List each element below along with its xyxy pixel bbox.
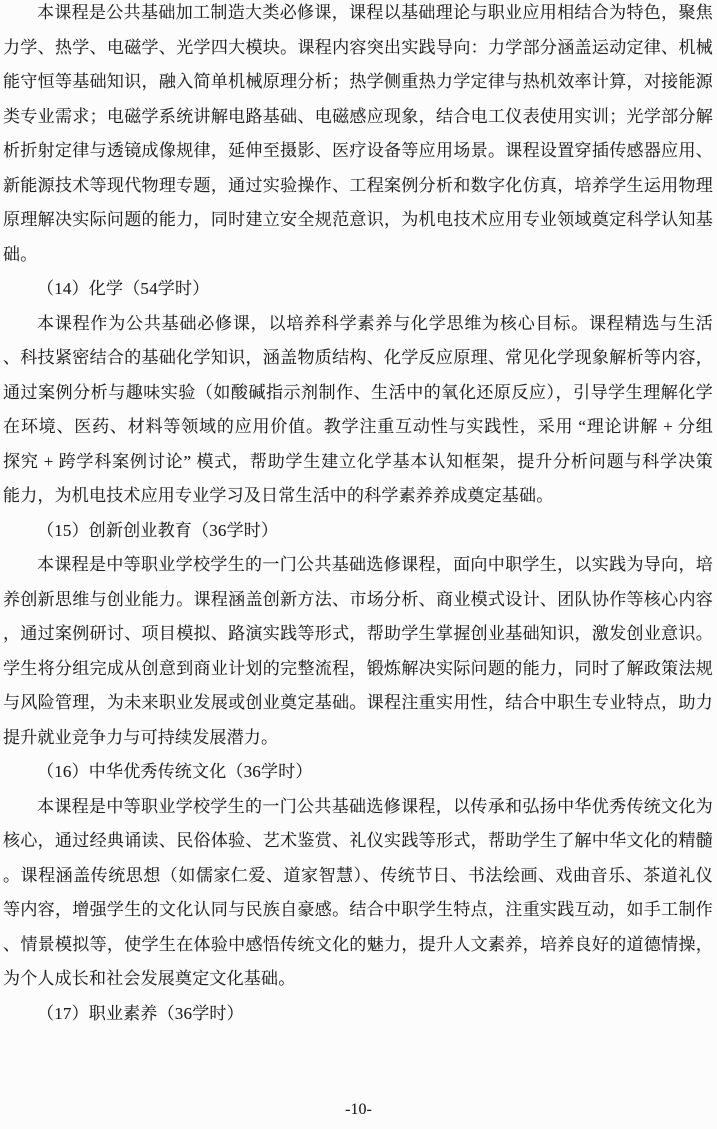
text-line: 础。 [3, 238, 713, 273]
page-text: 本课程是公共基础加工制造大类必修课，课程以基础理论与职业应用相结合为特色，聚焦力… [3, 0, 713, 1031]
text-line: 类专业需求；电磁学系统讲解电路基础、电磁感应现象，结合电工仪表使用实训；光学部分… [3, 100, 713, 135]
text-line: （16）中华优秀传统文化（36学时） [3, 755, 713, 790]
text-line: ，通过案例研讨、项目模拟、路演实践等形式，帮助学生掌握创业基础知识，激发创业意识… [3, 617, 713, 652]
document-page: 本课程是公共基础加工制造大类必修课，课程以基础理论与职业应用相结合为特色，聚焦力… [0, 0, 717, 1129]
text-line: （17）职业素养（36学时） [3, 997, 713, 1032]
text-line: 析折射定律与透镜成像规律，延伸至摄影、医疗设备等应用场景。课程设置穿插传感器应用… [3, 134, 713, 169]
text-line: （14）化学（54学时） [3, 272, 713, 307]
text-line: 能力，为机电技术应用专业学习及日常生活中的科学素养养成奠定基础。 [3, 479, 713, 514]
text-line: 本课程是中等职业学校学生的一门公共基础选修课程，以传承和弘扬中华优秀传统文化为 [3, 790, 713, 825]
text-line: 核心，通过经典诵读、民俗体验、艺术鉴赏、礼仪实践等形式，帮助学生了解中华文化的精… [3, 824, 713, 859]
page-number: -10- [0, 1100, 717, 1120]
text-line: 通过案例分析与趣味实验（如酸碱指示剂制作、生活中的氧化还原反应），引导学生理解化… [3, 376, 713, 411]
text-line: 在环境、医药、材料等领域的应用价值。教学注重互动性与实践性，采用 “理论讲解 +… [3, 410, 713, 445]
text-line: 本课程作为公共基础必修课，以培养科学素养与化学思维为核心目标。课程精选与生活 [3, 307, 713, 342]
text-line: 力学、热学、电磁学、光学四大模块。课程内容突出实践导向：力学部分涵盖运动定律、机… [3, 31, 713, 66]
text-line: 与风险管理，为未来职业发展或创业奠定基础。课程注重实用性，结合中职生专业特点，助… [3, 686, 713, 721]
text-line: 、科技紧密结合的基础化学知识，涵盖物质结构、化学反应原理、常见化学现象解析等内容… [3, 341, 713, 376]
text-line: 能守恒等基础知识，融入简单机械原理分析；热学侧重热力学定律与热机效率计算，对接能… [3, 65, 713, 100]
text-line: （15）创新创业教育（36学时） [3, 514, 713, 549]
text-line: 等内容，增强学生的文化认同与民族自豪感。结合中职学生特点，注重实践互动，如手工制… [3, 893, 713, 928]
text-line: 本课程是公共基础加工制造大类必修课，课程以基础理论与职业应用相结合为特色，聚焦 [3, 0, 713, 31]
text-line: 新能源技术等现代物理专题，通过实验操作、工程案例分析和数字化仿真，培养学生运用物… [3, 169, 713, 204]
text-line: 原理解决实际问题的能力，同时建立安全规范意识，为机电技术应用专业领域奠定科学认知… [3, 203, 713, 238]
text-line: 本课程是中等职业学校学生的一门公共基础选修课程，面向中职学生，以实践为导向，培 [3, 548, 713, 583]
text-line: 、情景模拟等，使学生在体验中感悟传统文化的魅力，提升人文素养，培养良好的道德情操… [3, 928, 713, 963]
text-line: 。课程涵盖传统思想（如儒家仁爱、道家智慧）、传统节日、书法绘画、戏曲音乐、茶道礼… [3, 859, 713, 894]
text-line: 为个人成长和社会发展奠定文化基础。 [3, 962, 713, 997]
text-line: 学生将分组完成从创意到商业计划的完整流程，锻炼解决实际问题的能力，同时了解政策法… [3, 652, 713, 687]
text-line: 养创新思维与创业能力。课程涵盖创新方法、市场分析、商业模式设计、团队协作等核心内… [3, 583, 713, 618]
text-line: 探究 + 跨学科案例讨论” 模式，帮助学生建立化学基本认知框架，提升分析问题与科… [3, 445, 713, 480]
text-line: 提升就业竞争力与可持续发展潜力。 [3, 721, 713, 756]
